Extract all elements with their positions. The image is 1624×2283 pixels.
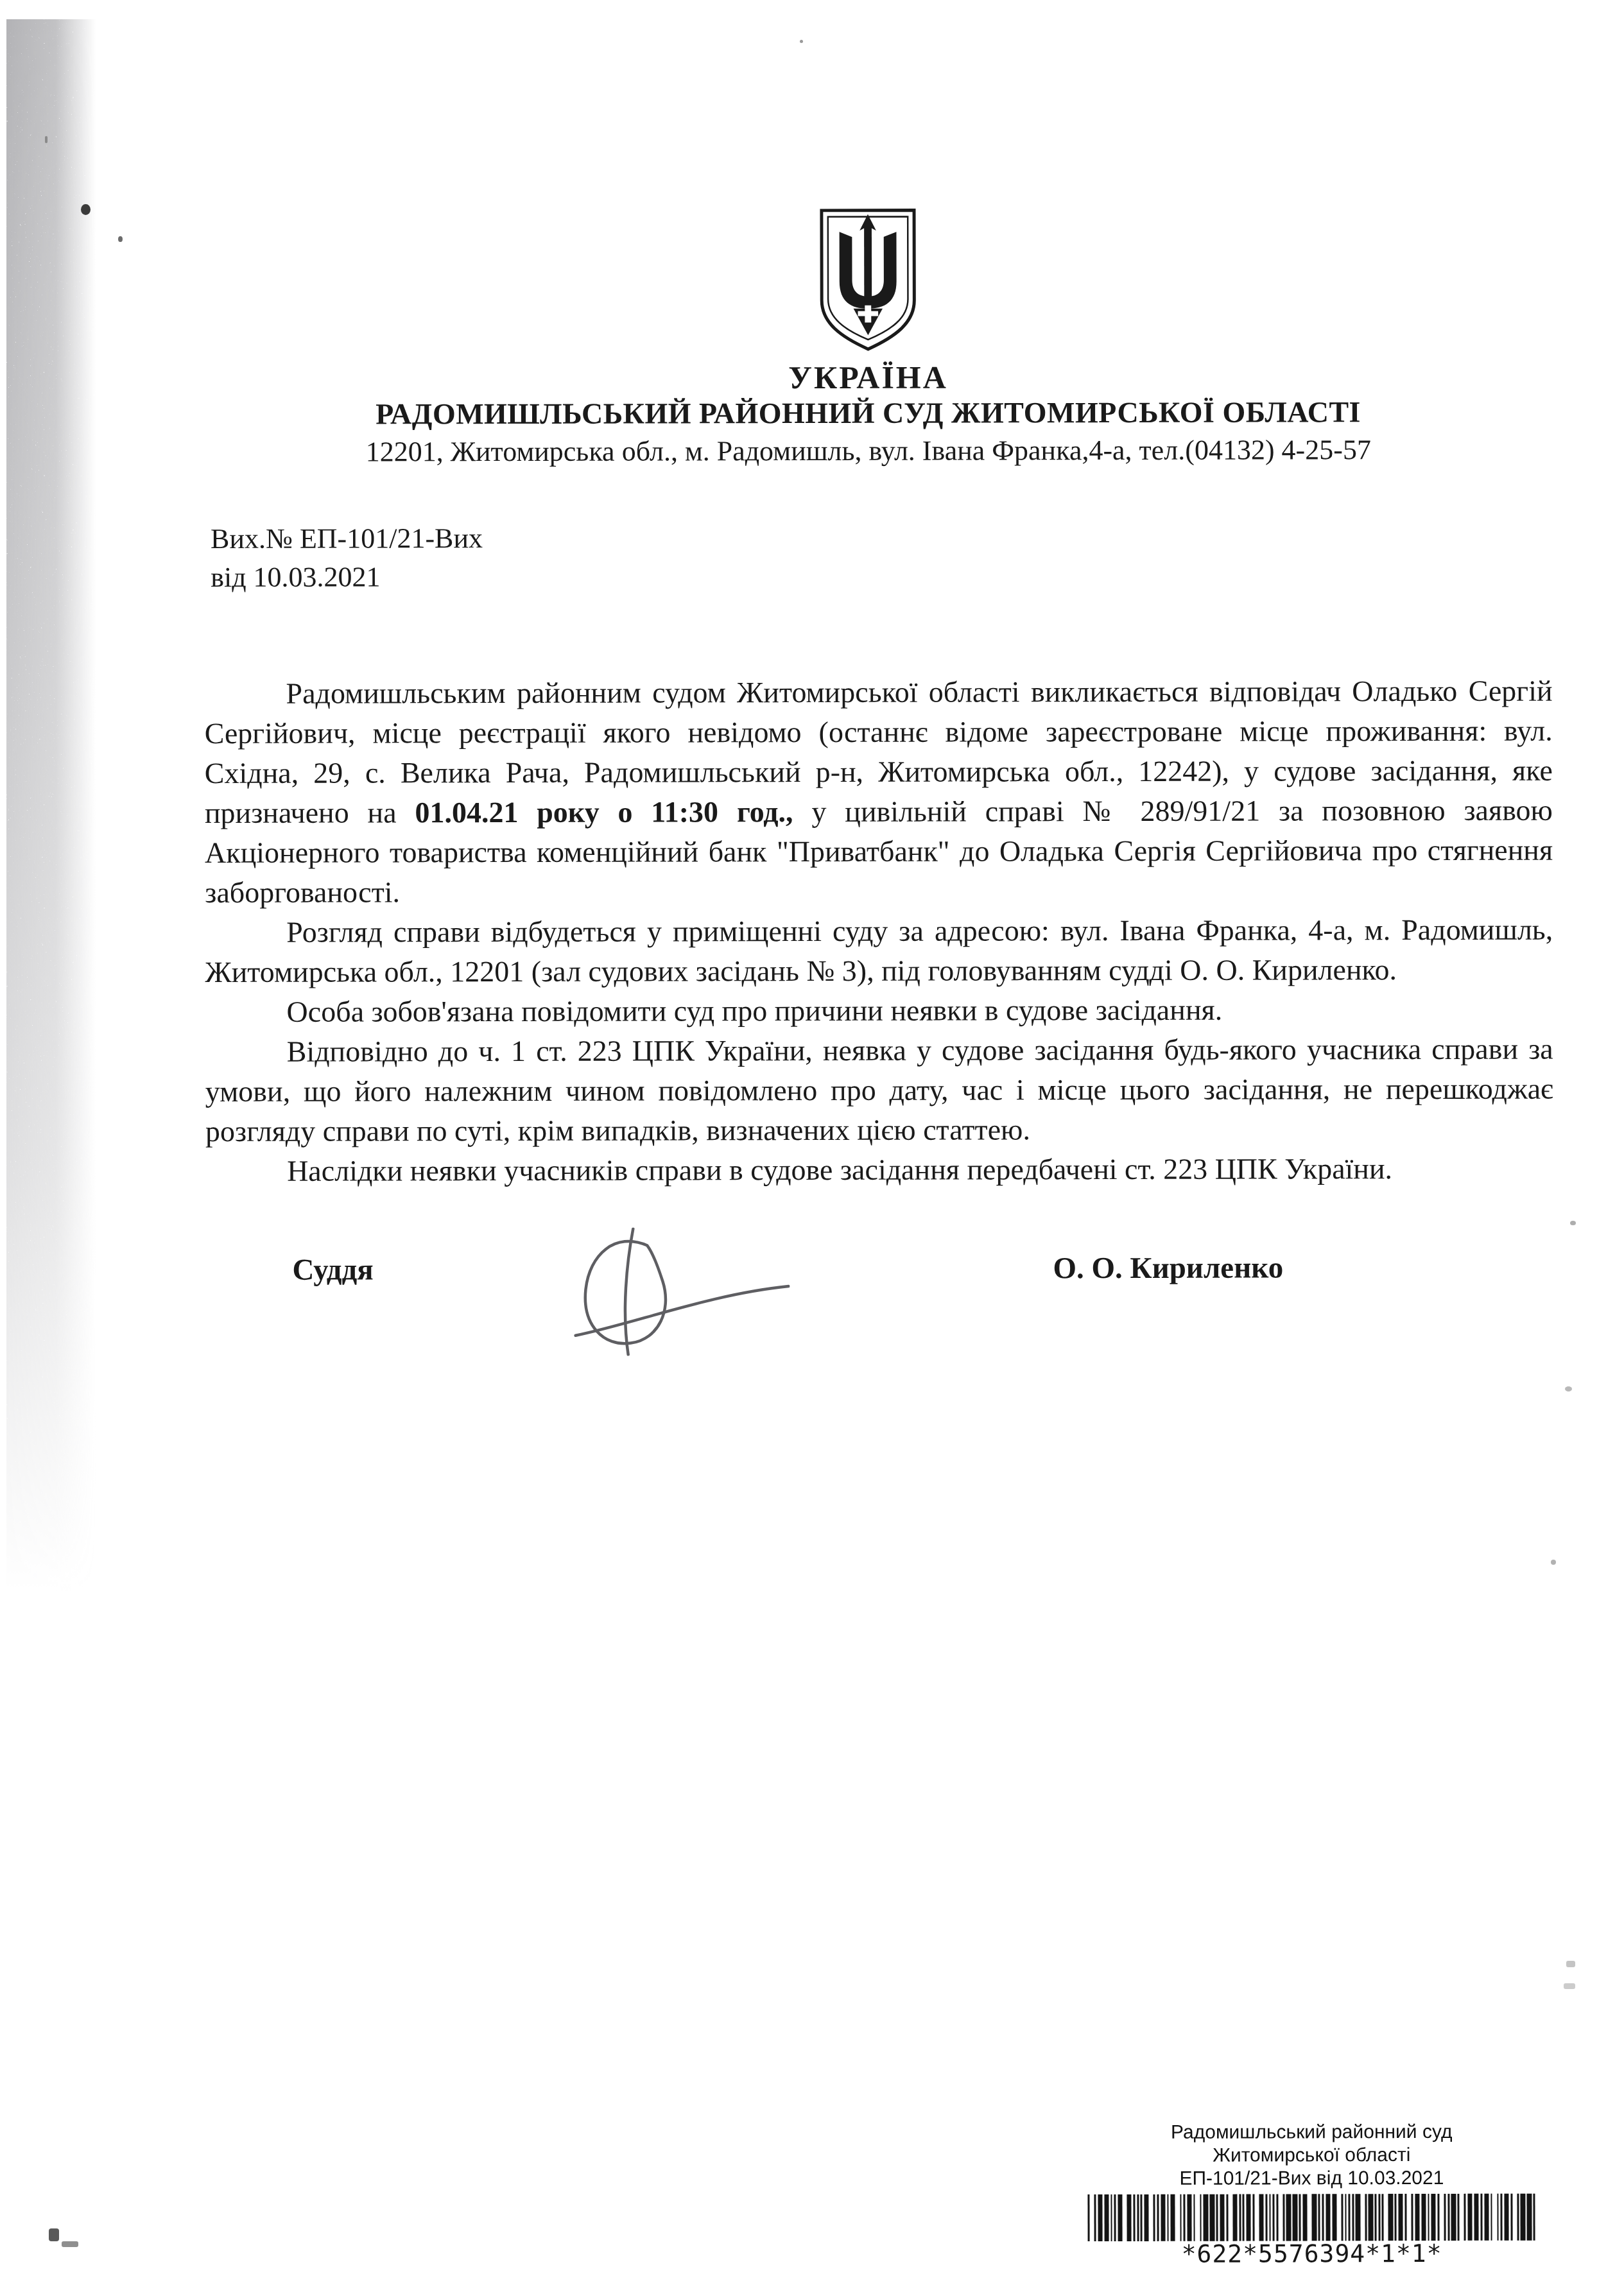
signature-judge-name: О. О. Кириленко <box>1053 1250 1283 1286</box>
footer-court-line2: Житомирської області <box>1087 2144 1536 2167</box>
signature-role-label: Суддя <box>292 1252 373 1287</box>
footer-court-line1: Радомишльський районний суд <box>1087 2121 1536 2144</box>
document-content: УКРАЇНА РАДОМИШЛЬСЬКИЙ РАЙОННИЙ СУД ЖИТО… <box>0 0 1624 2283</box>
registration-footer: Радомишльський районний суд Житомирської… <box>1087 2121 1536 2266</box>
paragraph-article-223: Відповідно до ч. 1 ст. 223 ЦПК України, … <box>205 1030 1553 1151</box>
court-address: 12201, Житомирська обл., м. Радомишль, в… <box>56 435 1624 467</box>
paragraph-summons: Радомишльським районним судом Житомирськ… <box>204 671 1553 913</box>
court-name: РАДОМИШЛЬСЬКИЙ РАЙОННИЙ СУД ЖИТОМИРСЬКОЇ… <box>56 397 1624 429</box>
scanned-court-summons-page: УКРАЇНА РАДОМИШЛЬСЬКИЙ РАЙОННИЙ СУД ЖИТО… <box>0 0 1624 2283</box>
country-title: УКРАЇНА <box>56 359 1624 395</box>
summons-body: Радомишльським районним судом Житомирськ… <box>204 671 1553 1191</box>
reference-block: Вих.№ ЕП-101/21-Вих від 10.03.2021 <box>211 519 483 597</box>
outgoing-number: Вих.№ ЕП-101/21-Вих <box>211 519 483 558</box>
outgoing-date: від 10.03.2021 <box>211 558 483 597</box>
paragraph-obligation: Особа зобов'язана повідомити суд про при… <box>205 990 1553 1032</box>
p1-hearing-datetime: 01.04.21 року о 11:30 год., <box>415 795 793 829</box>
letterhead: УКРАЇНА РАДОМИШЛЬСЬКИЙ РАЙОННИЙ СУД ЖИТО… <box>56 203 1624 467</box>
handwritten-signature <box>514 1227 790 1356</box>
paragraph-consequences: Наслідки неявки учасників справи в судов… <box>205 1149 1553 1191</box>
footer-doc-reference: ЕП-101/21-Вих від 10.03.2021 <box>1087 2167 1536 2191</box>
barcode-value-label: *622*5576394*1*1* <box>1087 2242 1537 2266</box>
paragraph-venue: Розгляд справи відбудеться у приміщенні … <box>205 910 1553 992</box>
ukraine-trident-shield-icon <box>814 205 922 354</box>
code39-barcode-icon <box>1087 2194 1535 2241</box>
